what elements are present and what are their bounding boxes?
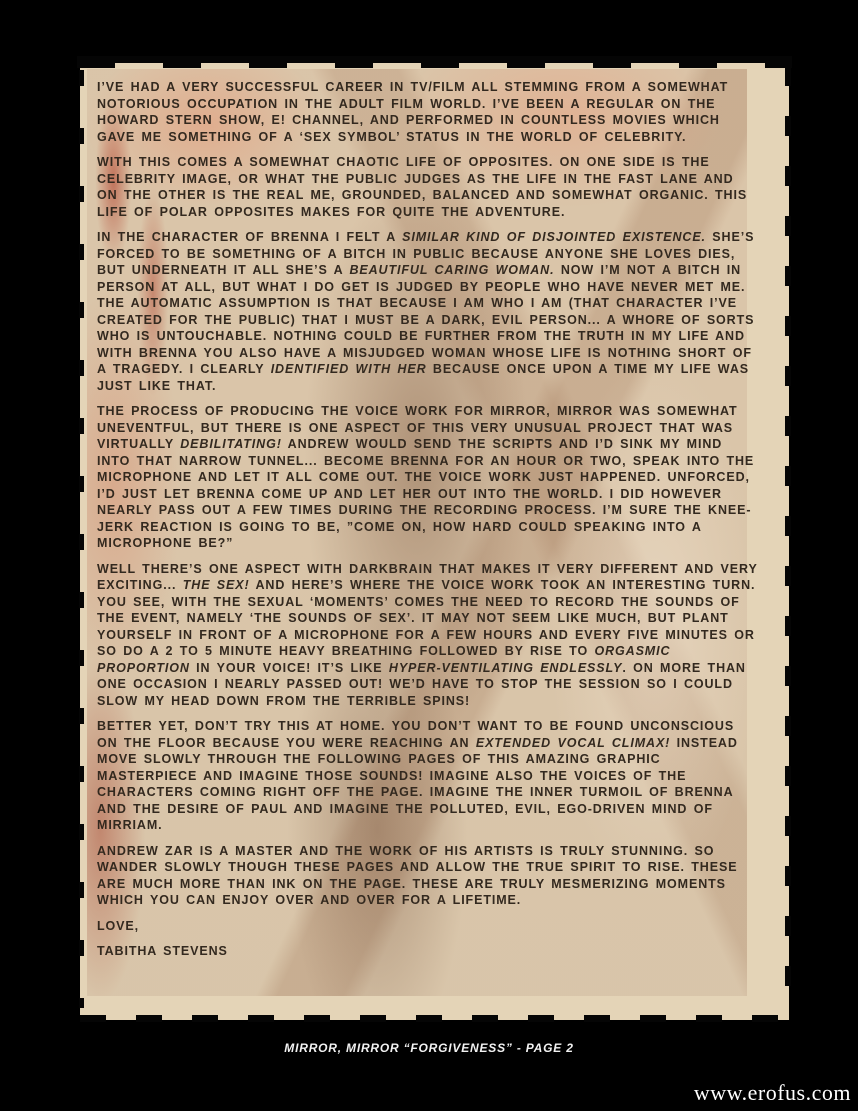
letter-text: LOVE, [97,919,139,933]
letter-text: WITH THIS COMES A SOMEWHAT CHAOTIC LIFE … [97,155,753,219]
letter-paragraph: BETTER YET, DON’T TRY THIS AT HOME. YOU … [97,718,759,834]
torn-edge-right [785,66,791,1012]
emphasized-text: IDENTIFIED WITH HER [271,362,427,376]
footer-title: MIRROR, MIRROR “FORGIVENESS” - PAGE 2 [0,1041,858,1055]
letter-text: TABITHA STEVENS [97,944,228,958]
torn-edge-top [77,56,792,63]
emphasized-text: BEAUTIFUL CARING WOMAN. [349,263,554,277]
emphasized-text: DEBILITATING! [180,437,282,451]
letter-text: I’VE HAD A VERY SUCCESSFUL CAREER IN TV/… [97,80,735,144]
letter-text: IN YOUR VOICE! IT’S LIKE [190,661,389,675]
letter-paragraph: WITH THIS COMES A SOMEWHAT CHAOTIC LIFE … [97,154,759,220]
emphasized-text: THE SEX! [183,578,250,592]
emphasized-text: SIMILAR KIND OF DISJOINTED EXISTENCE. [402,230,706,244]
letter-paragraph: THE PROCESS OF PRODUCING THE VOICE WORK … [97,403,759,552]
letter-text: IN THE CHARACTER OF BRENNA I FELT A [97,230,402,244]
torn-edge-left [79,70,84,1008]
letter-paragraph: I’VE HAD A VERY SUCCESSFUL CAREER IN TV/… [97,79,759,145]
letter-page: I’VE HAD A VERY SUCCESSFUL CAREER IN TV/… [80,60,789,1020]
letter-text: ANDREW WOULD SEND THE SCRIPTS AND I’D SI… [97,437,761,550]
letter-text: ANDREW ZAR IS A MASTER AND THE WORK OF H… [97,844,743,908]
watermark: www.erofus.com [694,1080,851,1106]
letter-body: I’VE HAD A VERY SUCCESSFUL CAREER IN TV/… [97,79,759,969]
emphasized-text: HYPER-VENTILATING ENDLESSLY [389,661,623,675]
scan-canvas: I’VE HAD A VERY SUCCESSFUL CAREER IN TV/… [0,0,858,1111]
letter-paragraph: LOVE, [97,918,759,935]
letter-text: NOW I’M NOT A BITCH IN PERSON AT ALL, BU… [97,263,761,376]
letter-paragraph: WELL THERE’S ONE ASPECT WITH DARKBRAIN T… [97,561,759,710]
torn-edge-bottom [80,1015,789,1022]
letter-paragraph: TABITHA STEVENS [97,943,759,960]
letter-paragraph: ANDREW ZAR IS A MASTER AND THE WORK OF H… [97,843,759,909]
emphasized-text: EXTENDED VOCAL CLIMAX! [476,736,670,750]
letter-paragraph: IN THE CHARACTER OF BRENNA I FELT A SIMI… [97,229,759,394]
